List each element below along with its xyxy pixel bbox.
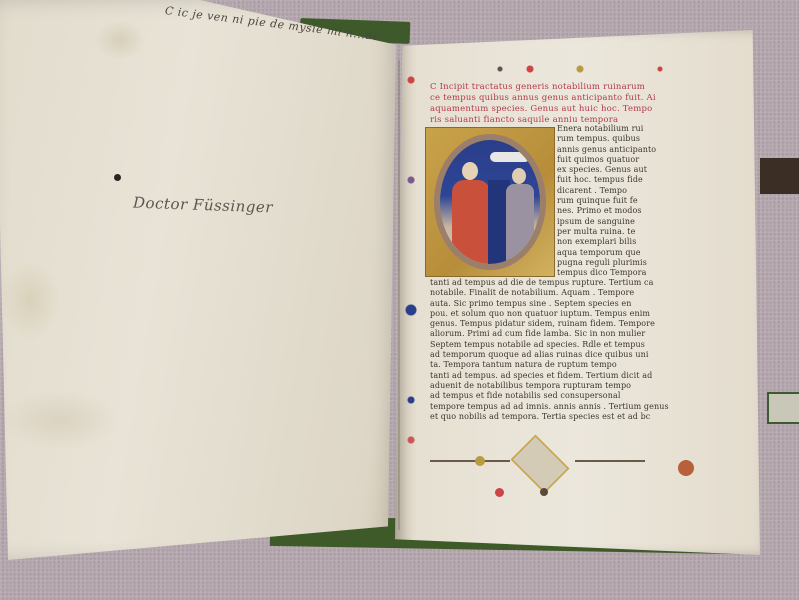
red-robed-figure [452,180,490,264]
leather-clasp-strap [760,158,799,194]
text-line: ad temporum quoque ad alias ruinas dice … [430,350,670,360]
ornament-lozenge [511,435,570,494]
text-line: tempus dico Tempora [557,268,665,278]
top-border-ornament [430,62,690,76]
text-line: aliorum. Primi ad cum fide lamba. Sic in… [430,329,670,339]
ornament-dot [495,488,504,497]
left-border-ornament [405,60,417,460]
ornament-dot [475,456,485,466]
text-line: ad tempus et fide notabilis sed consuper… [430,391,670,401]
text-line: tempore tempus ad ad imnis. annis annis … [430,402,670,412]
text-line: pou. et solum quo non quatuor iuptum. Te… [430,309,670,319]
cloud-icon [490,152,530,162]
ornament-dot [678,460,694,476]
figure-head [512,168,526,184]
ornament-line [575,460,645,462]
text-line: ipsum de sanguine [557,217,665,227]
text-line: ta. Tempora tantum natura de ruptum temp… [430,360,670,370]
text-line: dicarent . Tempo [557,186,665,196]
text-line: fuit hoc. tempus fide [557,175,665,185]
rubric-line: aquamentum species. Genus aut huic hoc. … [430,104,670,115]
text-line: notabile. Finalit de notabilium. Aquam .… [430,288,670,298]
text-line: rum tempus. quibus [557,134,665,144]
initial-letter-ring [434,134,546,270]
column-text: Enera notabilium rui rum tempus. quibus … [557,124,665,278]
text-line: ex species. Genus aut [557,165,665,175]
text-line: Septem tempus notabile ad species. Rdle … [430,340,670,350]
miniature-scene [440,140,540,264]
text-line: rum quinque fuit fe [557,196,665,206]
ornament-line [430,460,510,462]
ornament-dot [540,488,548,496]
text-line: pugna reguli plurimis [557,258,665,268]
text-line: tanti ad tempus. ad species et fidem. Te… [430,371,670,381]
text-line: Enera notabilium rui [557,124,665,134]
text-line: nes. Primo et modos [557,206,665,216]
text-line: non exemplari bilis [557,237,665,247]
illuminated-initial [425,127,555,277]
text-line: per multa ruina. te [557,227,665,237]
text-line: annis genus anticipanto [557,145,665,155]
left-page-flyleaf [0,0,400,560]
text-line: et quo nobilis ad tempora. Tertia specie… [430,412,670,422]
ink-blot [114,174,121,181]
bottom-border-ornament [400,430,700,500]
metal-clasp [767,392,799,424]
manuscript-photo: C ic je ven ni pie de mysie mi n...de Do… [0,0,799,600]
rubric-line: C Incipit tractatus generis notabilium r… [430,82,670,93]
text-line: genus. Tempus pidatur sidem, ruinam fide… [430,319,670,329]
text-line: aqua temporum que [557,248,665,258]
text-line: fuit quimos quatuor [557,155,665,165]
text-line: auta. Sic primo tempus sine . Septem spe… [430,299,670,309]
text-line: tanti ad tempus ad die de tempus rupture… [430,278,670,288]
grey-robed-figure [506,184,534,264]
rubric-heading: C Incipit tractatus generis notabilium r… [430,82,670,126]
text-line: aduenit de notabilibus tempora rupturam … [430,381,670,391]
body-text: tanti ad tempus ad die de tempus rupture… [430,278,670,422]
rubric-line: ce tempus quibus annus genus anticipanto… [430,93,670,104]
figure-head [462,162,478,180]
